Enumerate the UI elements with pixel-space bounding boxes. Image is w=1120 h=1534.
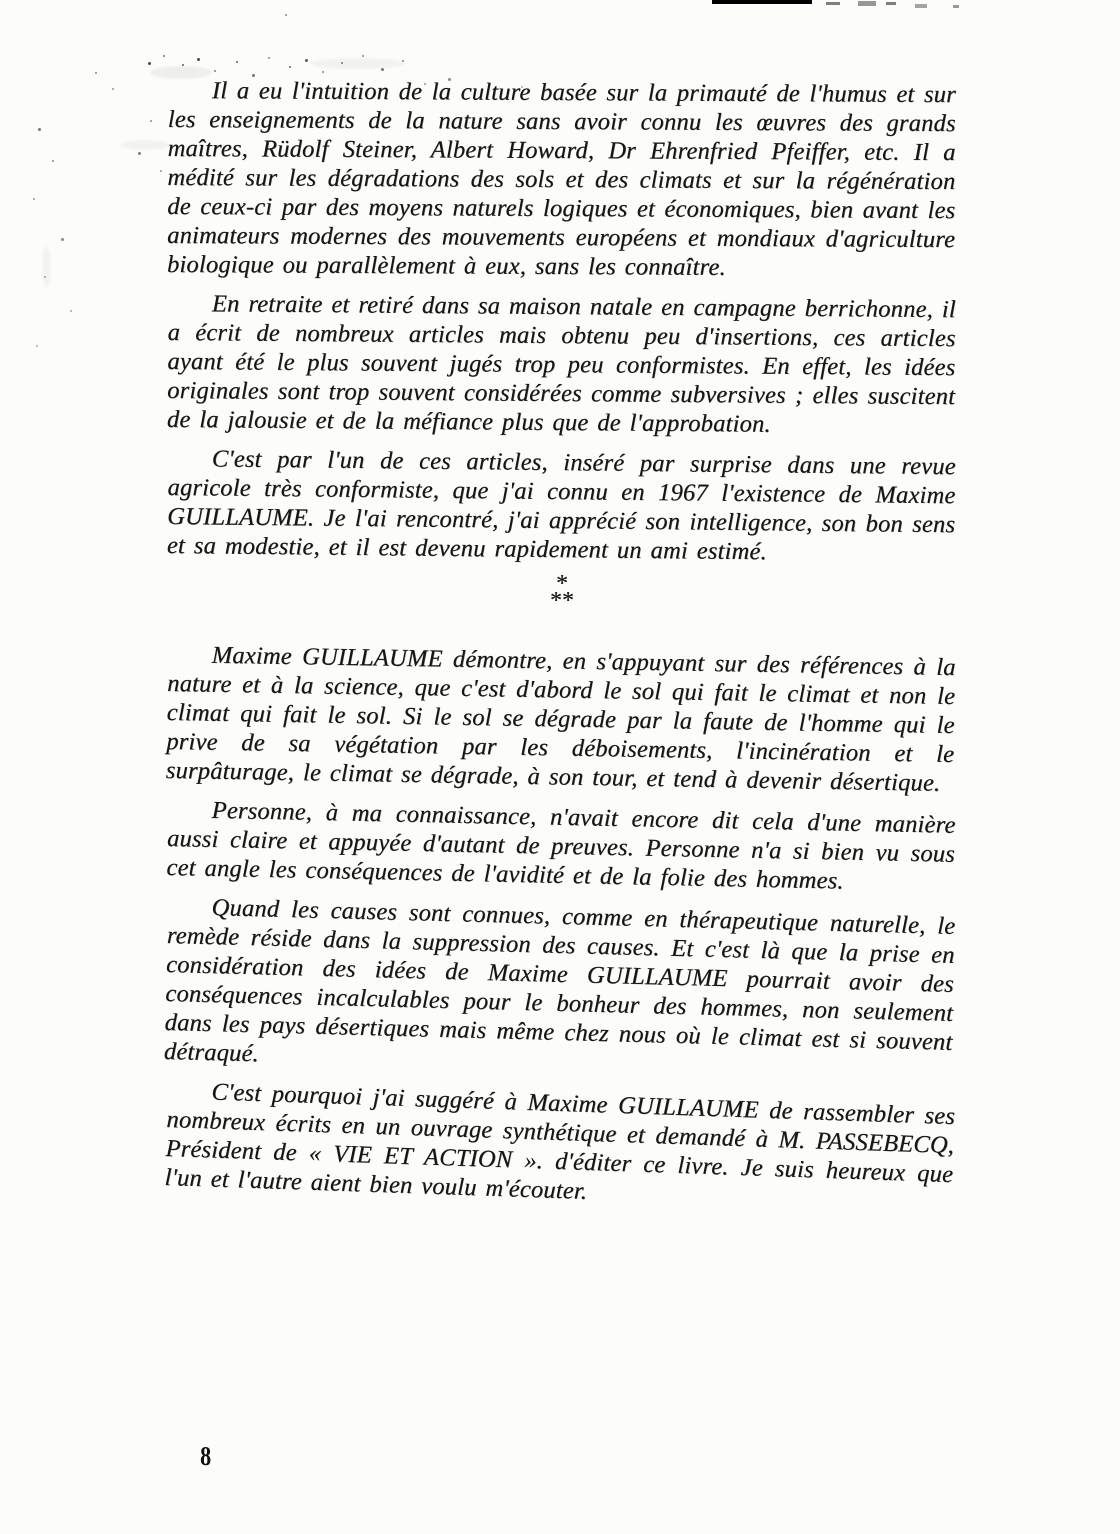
scan-noise-speck <box>362 55 364 57</box>
scan-noise-speck <box>148 62 151 65</box>
scan-smudge <box>310 58 405 69</box>
text-block: Il a eu l'intuition de la culture basée … <box>168 76 956 1202</box>
scanner-edge-dash <box>886 2 896 5</box>
scan-smudge <box>42 246 51 288</box>
scan-noise-speck <box>214 70 216 72</box>
scan-noise-speck <box>305 59 308 62</box>
section-break-star-bottom: ** <box>168 593 956 610</box>
page-number: 8 <box>200 1441 210 1472</box>
scanned-book-page: Il a eu l'intuition de la culture basée … <box>0 0 1120 1534</box>
scan-noise-speck <box>285 14 287 16</box>
scan-noise-speck <box>38 128 41 131</box>
scanner-edge-dash <box>858 1 876 6</box>
body-paragraph: C'est par l'un de ces articles, inséré p… <box>167 444 956 568</box>
scan-noise-speck <box>163 55 165 57</box>
scan-noise-speck <box>381 68 384 71</box>
body-paragraph: Quand les causes sont connues, comme en … <box>164 892 956 1086</box>
scan-noise-speck <box>33 198 35 200</box>
scanner-edge-dash <box>953 5 959 8</box>
scan-noise-speck <box>138 152 141 155</box>
scanner-edge-dash <box>826 2 840 5</box>
scan-noise-speck <box>95 72 97 74</box>
body-paragraph: Il a eu l'intuition de la culture basée … <box>167 76 956 283</box>
body-paragraph: Maxime GUILLAUME démontre, en s'appuyant… <box>166 640 956 798</box>
body-paragraph: C'est pourquoi j'ai suggéré à Maxime GUI… <box>164 1076 955 1218</box>
scan-noise-speck <box>322 71 324 73</box>
scan-noise-speck <box>112 88 114 90</box>
scan-noise-speck <box>160 170 162 172</box>
scan-noise-speck <box>197 58 200 61</box>
body-paragraph: En retraite et retiré dans sa maison nat… <box>167 289 956 440</box>
scan-noise-speck <box>36 345 38 347</box>
section-break-asterisks: * ** <box>168 576 956 610</box>
body-paragraph: Personne, à ma connaissance, n'avait enc… <box>166 795 956 898</box>
scan-noise-speck <box>268 57 270 59</box>
scan-smudge <box>120 140 170 150</box>
scanner-edge-dash <box>712 0 812 4</box>
scan-noise-speck <box>150 120 152 122</box>
scan-noise-speck <box>289 66 291 68</box>
scan-noise-speck <box>61 238 64 241</box>
scanner-edge-dash <box>915 4 927 8</box>
scan-noise-speck <box>236 61 238 63</box>
scan-noise-speck <box>52 160 54 162</box>
scan-noise-speck <box>70 310 72 312</box>
